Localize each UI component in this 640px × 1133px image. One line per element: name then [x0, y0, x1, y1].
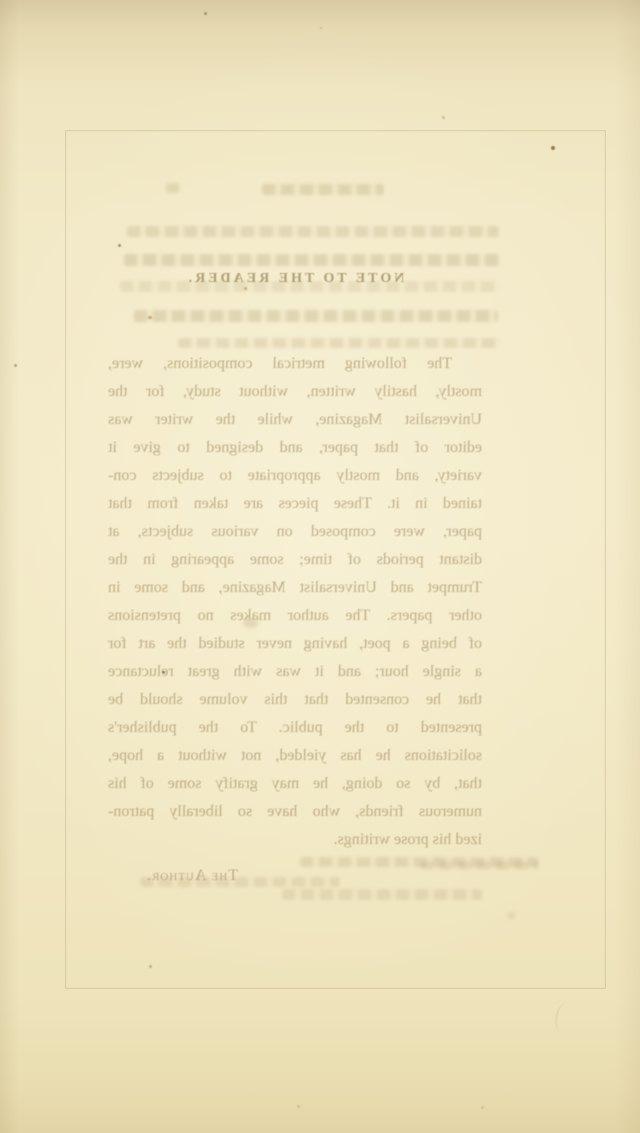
book-page-scan: NOTE TO THE READER. The following metric…: [0, 0, 640, 1133]
bleed-line: mostly, hastily written, without study, …: [108, 378, 482, 406]
bleed-line: Universalist Magazine, while the writer …: [108, 406, 482, 434]
bleed-line: numerous friends, who have so liberally …: [108, 798, 482, 826]
bleed-line: tained in it. These pieces are taken fro…: [108, 490, 482, 518]
bleed-line: other papers. The author makes no preten…: [108, 602, 482, 630]
bleed-line: paper, were composed on various subjects…: [108, 518, 482, 546]
bleed-line: solicitations he has yielded, not withou…: [108, 742, 482, 770]
foxing-speck: [297, 1105, 300, 1108]
foxing-speck: [118, 244, 121, 247]
foxing-speck: [244, 287, 247, 290]
foxing-speck: [551, 146, 555, 150]
foxing-speck: [442, 116, 445, 119]
bleed-heading: NOTE TO THE READER.: [108, 270, 482, 288]
bleed-smudge-line: [282, 889, 482, 900]
bleed-line: distant periods of time; some appearing …: [108, 546, 482, 574]
bleed-smudge-running-header: [262, 184, 384, 195]
bleed-signature: The Author.: [108, 867, 482, 885]
foxing-speck: [481, 1106, 484, 1109]
paper-blot: [508, 913, 515, 918]
bleed-line: of being a poet, having never studied th…: [108, 630, 482, 658]
bleed-line: presented to the public. To the publishe…: [108, 714, 482, 742]
bleed-smudge-line: [124, 254, 500, 266]
foxing-speck: [162, 671, 165, 674]
bleed-line: Trumpet and Universalist Magazine, and s…: [108, 574, 482, 602]
bleed-line: variety, and mostly appropriate to subje…: [108, 462, 482, 490]
foxing-speck: [149, 965, 152, 968]
foxing-speck: [14, 364, 17, 367]
bleed-line: The following metrical compositions, wer…: [108, 350, 482, 378]
bleed-line: that, by so doing, he may gratify some o…: [108, 770, 482, 798]
foxing-speck: [204, 12, 207, 15]
paper-blot: [243, 618, 258, 628]
paper-fiber: [553, 1000, 577, 1033]
bleed-line: ized his prose writings.: [108, 826, 482, 854]
mirrored-bleed-text-layer: NOTE TO THE READER. The following metric…: [108, 270, 482, 885]
bleed-smudge-line: [127, 226, 499, 237]
bleed-line: editor of that paper, and designed to gi…: [108, 434, 482, 462]
bleed-line: that he consented that this volume shoul…: [108, 686, 482, 714]
bleed-paragraph: The following metrical compositions, wer…: [108, 350, 482, 854]
foxing-speck: [320, 27, 322, 29]
foxing-speck: [148, 316, 152, 319]
bleed-smudge-page-number: [166, 183, 180, 193]
